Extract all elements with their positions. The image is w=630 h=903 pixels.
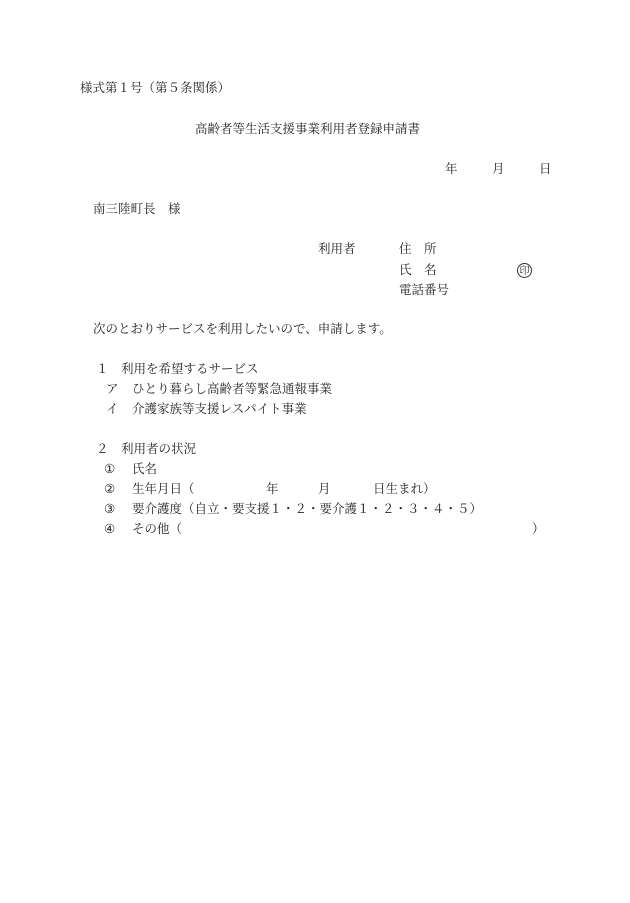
status-marker: ④ [104,521,115,537]
document-page: { "form": { "form_number": "様式第１号（第５条関係）… [0,0,630,903]
applicant-label: 利用者 [318,241,356,257]
addressee: 南三陸町長 様 [93,201,181,217]
address-label: 住 所 [399,241,437,257]
service-label: 介護家族等支援レスパイト事業 [132,401,307,417]
day-label: 日 [539,161,552,177]
seal-icon: 印 [517,263,532,278]
section2-heading: ２ 利用者の状況 [96,441,196,457]
status-marker: ① [104,461,115,477]
service-marker: ア [106,381,119,397]
birth-day-suffix: 日生まれ） [373,481,436,497]
status-label: 要介護度（自立・要支援１・２・要介護１・２・３・４・５） [132,501,482,517]
other-close-paren: ） [532,521,545,537]
birth-month-label: 月 [318,481,331,497]
section1-heading: １ 利用を希望するサービス [96,361,259,377]
intro-text: 次のとおりサービスを利用したいので、申請します。 [93,321,392,337]
service-label: ひとり暮らし高齢者等緊急通報事業 [132,381,332,397]
status-label: 生年月日（ [132,481,195,497]
status-marker: ③ [104,501,115,517]
phone-label: 電話番号 [399,282,449,298]
name-label: 氏 名 [399,262,437,278]
form-number: 様式第１号（第５条関係） [80,80,230,96]
birth-year-label: 年 [266,481,279,497]
month-label: 月 [492,161,505,177]
document-title: 高齢者等生活支援事業利用者登録申請書 [195,121,420,137]
status-label: 氏名 [132,461,157,477]
status-label: その他（ [132,521,182,537]
year-label: 年 [445,161,458,177]
service-marker: イ [106,401,119,417]
status-marker: ② [104,481,115,497]
